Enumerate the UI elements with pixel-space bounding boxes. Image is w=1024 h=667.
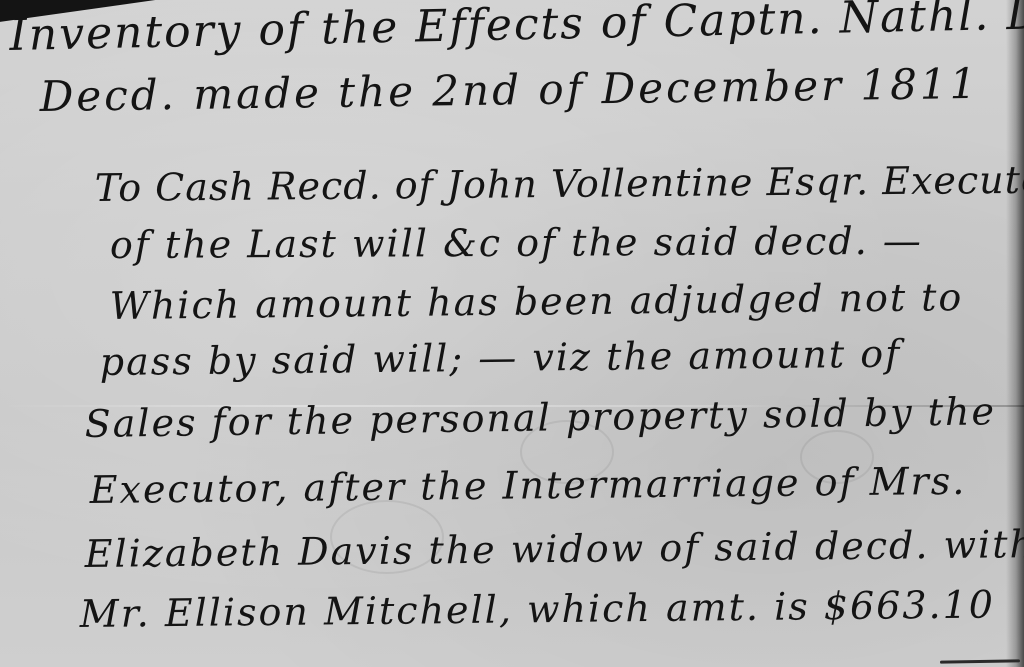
binding-edge-shadow (1006, 0, 1024, 667)
manuscript-line-1-heading: Inventory of the Effects of Captn. Nathl… (9, 0, 1024, 61)
manuscript-line-5: Which amount has been adjudged not to (110, 275, 964, 328)
manuscript-line-4: of the Last will &c of the said decd. — (110, 219, 923, 267)
manuscript-line-10-amount: Mr. Ellison Mitchell, which amt. is $663… (80, 582, 996, 636)
manuscript-line-8: Executor, after the Intermarriage of Mrs… (90, 459, 967, 512)
manuscript-line-9: Elizabeth Davis the widow of said decd. … (85, 522, 1024, 576)
manuscript-page: Inventory of the Effects of Captn. Nathl… (0, 0, 1024, 667)
manuscript-line-3: To Cash Recd. of John Vollentine Esqr. E… (95, 158, 1024, 210)
manuscript-line-2-date: Decd. made the 2nd of December 1811 (39, 59, 979, 121)
manuscript-line-6: pass by said will; — viz the amount of (100, 332, 902, 384)
